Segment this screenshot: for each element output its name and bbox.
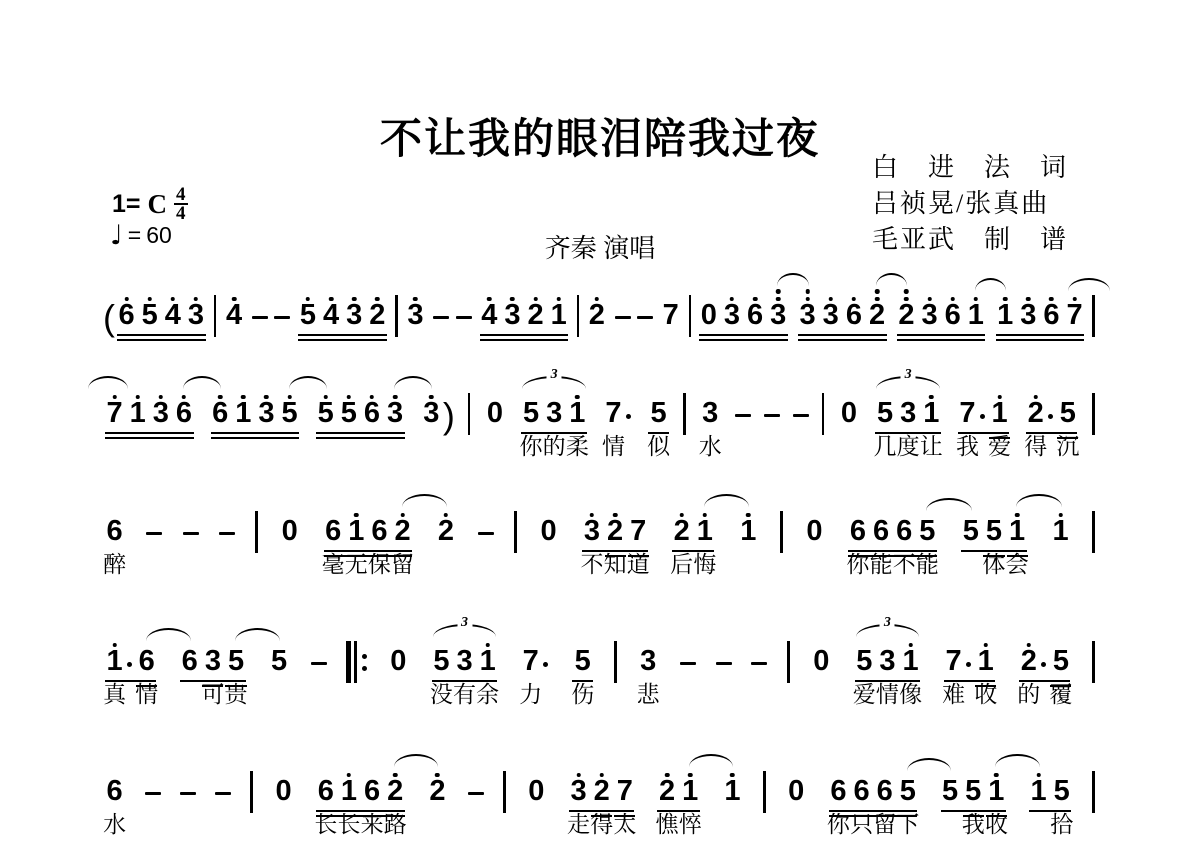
beam-group: 6543: [115, 298, 208, 332]
octave-dot: [688, 773, 693, 778]
note-digit: 0: [390, 644, 406, 678]
note-digit: 3: [546, 396, 562, 430]
lyric-syllable: 似: [647, 434, 670, 460]
note-digit: 5: [341, 396, 357, 430]
octave-dots: [828, 297, 833, 303]
octave-dot: [347, 773, 352, 778]
note: 3: [918, 298, 941, 332]
note-digit: 5: [228, 644, 244, 678]
note: 5: [959, 514, 982, 548]
octave-dot: [194, 297, 199, 302]
lyric-syllable: 无: [345, 552, 368, 578]
octave-dots: [323, 395, 328, 401]
note: 5: [430, 644, 453, 678]
note: 2: [895, 298, 918, 332]
note: 5: [337, 396, 360, 430]
lyric-syllable: 有: [453, 682, 476, 708]
beam-group: 25: [1024, 396, 1079, 430]
note: 1: [1049, 514, 1072, 548]
octave-dot: [159, 395, 164, 400]
octave-dot: [135, 395, 140, 400]
note: 5: [267, 644, 290, 678]
slur-arc: [183, 376, 221, 389]
lyric-syllable: 知: [604, 552, 627, 578]
lyric-syllable: 能: [870, 552, 893, 578]
lyric-syllable: 长: [337, 812, 360, 838]
note: 3: [149, 396, 172, 430]
repeat-dot: [362, 666, 367, 671]
note-digit: 3: [770, 298, 786, 332]
octave-dot: [510, 297, 515, 302]
octave-dot: [533, 297, 538, 302]
octave-dot: [556, 297, 561, 302]
duration-dash: [751, 662, 767, 666]
duration-dash: [215, 792, 231, 796]
beam: [117, 339, 206, 342]
note: 0: [810, 644, 833, 678]
note: 2: [655, 774, 678, 808]
note-digit: 3: [407, 298, 423, 332]
octave-dots: [703, 513, 708, 519]
octave-dot: [828, 297, 833, 302]
note-digit: 4: [481, 298, 497, 332]
octave-dot: [852, 297, 857, 302]
beam: [316, 437, 405, 440]
barline: [514, 511, 517, 553]
note-digit: 2: [387, 774, 403, 808]
note: 5: [1050, 774, 1073, 808]
lyric-syllable: 的: [543, 434, 566, 460]
octave-dots: [182, 395, 187, 401]
beam-group: 531: [519, 396, 588, 430]
lyric-syllable: 的: [1017, 682, 1040, 708]
octave-dot: [875, 289, 880, 294]
token-with-paren: (6543: [103, 298, 208, 332]
lyric-syllable: 情: [876, 682, 899, 708]
note: 0: [837, 396, 860, 430]
octave-dots: [950, 297, 955, 303]
note: 7: [519, 644, 551, 678]
lyric-syllable: 得: [1024, 434, 1047, 460]
lyric-syllable: 情: [602, 434, 625, 460]
note-digit: 5: [142, 298, 158, 332]
octave-dots: [927, 297, 932, 303]
octave-dots: [533, 297, 538, 303]
beam-group: 21: [655, 774, 701, 808]
lyric-syllable: 让: [920, 434, 943, 460]
beam-group: 6162: [314, 774, 407, 808]
beam: [996, 339, 1085, 342]
octave-dots: [556, 297, 561, 303]
note-digit: 4: [323, 298, 339, 332]
octave-dot: [576, 773, 581, 778]
beam-group: 327: [567, 774, 636, 808]
note-digit: 5: [523, 396, 539, 430]
beam-group: 327: [580, 514, 649, 548]
barline: [468, 393, 471, 435]
duration-dash: [637, 316, 653, 320]
note: 5: [853, 644, 876, 678]
note-digit: 0: [841, 396, 857, 430]
octave-dots: [688, 773, 693, 779]
score-line: 606162203272110666555115水长长来路走得太憔悴你只留下我收…: [103, 774, 1095, 808]
barline: [780, 511, 783, 553]
octave-dots: [429, 395, 434, 401]
lyric-syllable: 我: [962, 812, 985, 838]
lyric-syllable: 毫: [322, 552, 345, 578]
note-digit: 1: [740, 514, 756, 548]
slur-arc: [402, 494, 447, 507]
duration-dash: [145, 792, 161, 796]
octave-dots: [444, 513, 449, 519]
note: 6: [827, 774, 850, 808]
augmentation-dot: [543, 662, 548, 667]
note: 0: [537, 514, 560, 548]
note: 3: [453, 644, 476, 678]
note: 6: [941, 298, 964, 332]
note: 5: [873, 396, 896, 430]
note-digit: 3: [205, 644, 221, 678]
slur-arc: [926, 498, 971, 511]
augmentation-dot: [127, 662, 132, 667]
note: 2: [1024, 396, 1056, 430]
note: 6: [172, 396, 195, 430]
beam-group: 6162: [322, 514, 415, 548]
note-digit: 3: [387, 396, 403, 430]
octave-dot: [1015, 513, 1020, 518]
note-digit: 1: [682, 774, 698, 808]
note: 3: [201, 644, 224, 678]
beam-group: 635: [178, 644, 247, 678]
note-digit: 2: [594, 774, 610, 808]
beam: [480, 339, 569, 342]
octave-dots: [487, 297, 492, 303]
note: 6: [368, 514, 391, 548]
barline: [763, 771, 766, 813]
note-digit: 5: [1060, 396, 1076, 430]
lyric-syllable: 力: [519, 682, 542, 708]
note: 3: [384, 396, 407, 430]
octave-dots: [665, 773, 670, 779]
token-row: 60616220327211066655511醉毫无保留不知道后悔你能不能体会: [103, 514, 1095, 548]
octave-dots: [287, 395, 292, 401]
note-digit: 3: [724, 298, 740, 332]
note-digit: 3: [258, 396, 274, 430]
open-paren: (: [103, 300, 115, 336]
lyric-syllable: 得: [590, 812, 613, 838]
duration-dash: [716, 662, 732, 666]
note: 0: [803, 514, 826, 548]
octave-dots: [875, 289, 880, 302]
octave-dots: [218, 395, 223, 401]
barline: [1092, 511, 1095, 553]
note: 5: [296, 298, 319, 332]
octave-dot: [1049, 297, 1054, 302]
lyric-syllable: 爱: [853, 682, 876, 708]
note: 3: [184, 298, 207, 332]
note: 4: [223, 298, 246, 332]
slur-arc: [704, 494, 749, 507]
slur-arc: [689, 754, 733, 767]
note: 0: [483, 396, 506, 430]
note-digit: 7: [959, 396, 975, 430]
octave-dot: [487, 297, 492, 302]
duration-dash: [183, 532, 199, 536]
octave-dots: [1058, 513, 1063, 519]
note: 2: [384, 774, 407, 808]
slur-arc: [975, 278, 1006, 291]
octave-dots: [730, 297, 735, 303]
note: 1: [547, 298, 570, 332]
note-digit: 5: [1054, 774, 1070, 808]
note: 5: [278, 396, 301, 430]
triplet-number: 3: [457, 616, 472, 630]
token-row: 16635505317530531712533真情可贵没有余力伤悲爱情像难收的覆: [103, 644, 1095, 678]
note-digit: 5: [877, 396, 893, 430]
lyric-syllable: 留: [391, 552, 414, 578]
octave-dot: [703, 513, 708, 518]
note: 6: [209, 396, 232, 430]
octave-dots: [375, 297, 380, 303]
note: 5: [962, 774, 985, 808]
note: 7: [1063, 298, 1086, 332]
octave-dots: [576, 773, 581, 779]
octave-dots: [679, 513, 684, 519]
note: 1: [232, 396, 255, 430]
lyric-syllable: 留: [873, 812, 896, 838]
duration-dash: [180, 792, 196, 796]
note-digit: 6: [139, 644, 155, 678]
octave-dot: [575, 395, 580, 400]
note-digit: 3: [702, 396, 718, 430]
octave-dot: [413, 297, 418, 302]
token-row: 606162203272110666555115水长长来路走得太憔悴你只留下我收…: [103, 774, 1095, 808]
slur-arc: [235, 628, 280, 641]
note-digit: 2: [438, 514, 454, 548]
duration-dash: [433, 316, 449, 320]
octave-dot: [393, 395, 398, 400]
note: 2: [585, 298, 608, 332]
octave-dot: [264, 395, 269, 400]
note: 1: [126, 396, 149, 430]
note-digit: 1: [968, 298, 984, 332]
note: 3: [699, 396, 722, 430]
beam: [798, 334, 887, 337]
note: 3: [420, 396, 443, 430]
note: 6: [744, 298, 767, 332]
octave-dot: [232, 297, 237, 302]
note-digit: 5: [986, 514, 1002, 548]
note: 0: [525, 774, 548, 808]
octave-dots: [1049, 297, 1054, 303]
lyric-syllable: 你: [827, 812, 850, 838]
duration-dash: [735, 414, 751, 418]
note-digit: 5: [965, 774, 981, 808]
note-digit: 7: [946, 644, 962, 678]
lyric-syllable: 醉: [103, 552, 126, 578]
duration-dash: [311, 662, 327, 666]
octave-dot: [974, 297, 979, 302]
octave-dot: [354, 513, 359, 518]
octave-dot: [1072, 297, 1077, 302]
note: 7: [942, 644, 974, 678]
octave-dots: [590, 513, 595, 519]
octave-dot: [171, 297, 176, 302]
beam-group: 5432: [296, 298, 389, 332]
barline: [1092, 771, 1095, 813]
duration-dash: [456, 316, 472, 320]
note: 1: [988, 396, 1011, 430]
note-digit: 1: [341, 774, 357, 808]
octave-dots: [241, 395, 246, 401]
lyric-syllable: 太: [613, 812, 636, 838]
octave-dots: [232, 297, 237, 303]
note: 3: [255, 396, 278, 430]
triplet-arc: 3: [522, 376, 585, 389]
note: 5: [314, 396, 337, 430]
octave-dot: [112, 643, 117, 648]
lyric-syllable: 情: [135, 682, 158, 708]
note: 3: [876, 644, 899, 678]
slur-arc: [394, 754, 438, 767]
note: 0: [387, 644, 410, 678]
octave-dots: [135, 395, 140, 401]
octave-dot: [1058, 513, 1063, 518]
note-digit: 2: [898, 298, 914, 332]
triplet-arc: 3: [876, 376, 939, 389]
note: 0: [278, 514, 301, 548]
note: 3: [1017, 298, 1040, 332]
note-digit: 6: [850, 514, 866, 548]
beam-group: 531: [430, 644, 499, 678]
octave-dot: [927, 297, 932, 302]
note: 6: [846, 514, 869, 548]
note-digit: 7: [605, 396, 621, 430]
slur-arc: [995, 754, 1039, 767]
note: 1: [721, 774, 744, 808]
note-digit: 2: [1028, 396, 1044, 430]
time-signature-denominator: 4: [176, 205, 186, 222]
note: 4: [161, 298, 184, 332]
lyric-syllable: 可: [201, 682, 224, 708]
note: 1: [679, 774, 702, 808]
octave-dots: [974, 297, 979, 303]
note-digit: 1: [348, 514, 364, 548]
octave-dots: [393, 773, 398, 779]
octave-dot: [613, 513, 618, 518]
note-digit: 5: [963, 514, 979, 548]
note-digit: 3: [800, 298, 816, 332]
lyric-syllable: 会: [1006, 552, 1029, 578]
note-digit: 3: [504, 298, 520, 332]
octave-dots: [613, 513, 618, 519]
key-prefix: 1=: [112, 190, 141, 219]
note: 6: [135, 644, 158, 678]
note-digit: 7: [1067, 298, 1083, 332]
octave-dots: [352, 297, 357, 303]
note: 1: [476, 644, 499, 678]
lyric-syllable: 能: [916, 552, 939, 578]
note: 5: [519, 396, 542, 430]
octave-dots: [485, 643, 490, 649]
barline: [1092, 393, 1095, 435]
note: 3: [404, 298, 427, 332]
duration-dash: [252, 316, 268, 320]
note: 5: [939, 774, 962, 808]
beam: [699, 339, 788, 342]
octave-dot: [306, 297, 311, 302]
barline: [250, 771, 253, 813]
beam-group: 6665: [846, 514, 939, 548]
note: 5: [1049, 644, 1072, 678]
note: 1: [985, 774, 1008, 808]
slur-arc: [146, 628, 191, 641]
note: 0: [697, 298, 720, 332]
note-digit: 6: [364, 774, 380, 808]
octave-dots: [413, 297, 418, 303]
note: 3: [501, 298, 524, 332]
note-digit: 0: [528, 774, 544, 808]
note-digit: 1: [697, 514, 713, 548]
octave-dots: [264, 395, 269, 401]
note: 3: [767, 298, 790, 332]
note-digit: 6: [896, 514, 912, 548]
lyric-syllable: 路: [384, 812, 407, 838]
beam: [897, 334, 986, 337]
octave-dot: [241, 395, 246, 400]
note-digit: 6: [107, 774, 123, 808]
note: 1: [737, 514, 760, 548]
note-digit: 6: [318, 774, 334, 808]
beam: [699, 334, 788, 337]
note-digit: 5: [318, 396, 334, 430]
note-digit: 0: [540, 514, 556, 548]
duration-dash: [615, 316, 631, 320]
note-digit: 6: [945, 298, 961, 332]
note: 2: [670, 514, 693, 548]
time-signature: 4 4: [174, 186, 188, 222]
octave-dots: [354, 513, 359, 519]
lyric-syllable: 水: [699, 434, 722, 460]
lyric-syllable: 贵: [225, 682, 248, 708]
lyric-syllable: 拾: [1050, 812, 1073, 838]
repeat-dot: [362, 654, 367, 659]
note: 5: [982, 514, 1005, 548]
note-digit: 3: [584, 514, 600, 548]
note-digit: 2: [589, 298, 605, 332]
note-digit: 1: [997, 298, 1013, 332]
note-digit: 5: [300, 298, 316, 332]
note-digit: 6: [176, 396, 192, 430]
note-digit: 3: [423, 396, 439, 430]
note: 1: [964, 298, 987, 332]
barline: [577, 295, 580, 337]
note: 6: [893, 514, 916, 548]
octave-dot: [776, 297, 781, 302]
duration-dash: [146, 532, 162, 536]
note: 6: [322, 514, 345, 548]
note: 3: [637, 644, 660, 678]
octave-dots: [112, 395, 117, 401]
note: 3: [796, 298, 819, 332]
triplet-number: 3: [880, 616, 895, 630]
lyric-syllable: 我: [956, 434, 979, 460]
beam-group: 15: [1027, 774, 1073, 808]
note-digit: 1: [978, 644, 994, 678]
note: 1: [974, 644, 997, 678]
lyric-syllable: 真: [103, 682, 126, 708]
slur-arc: [1016, 494, 1061, 507]
